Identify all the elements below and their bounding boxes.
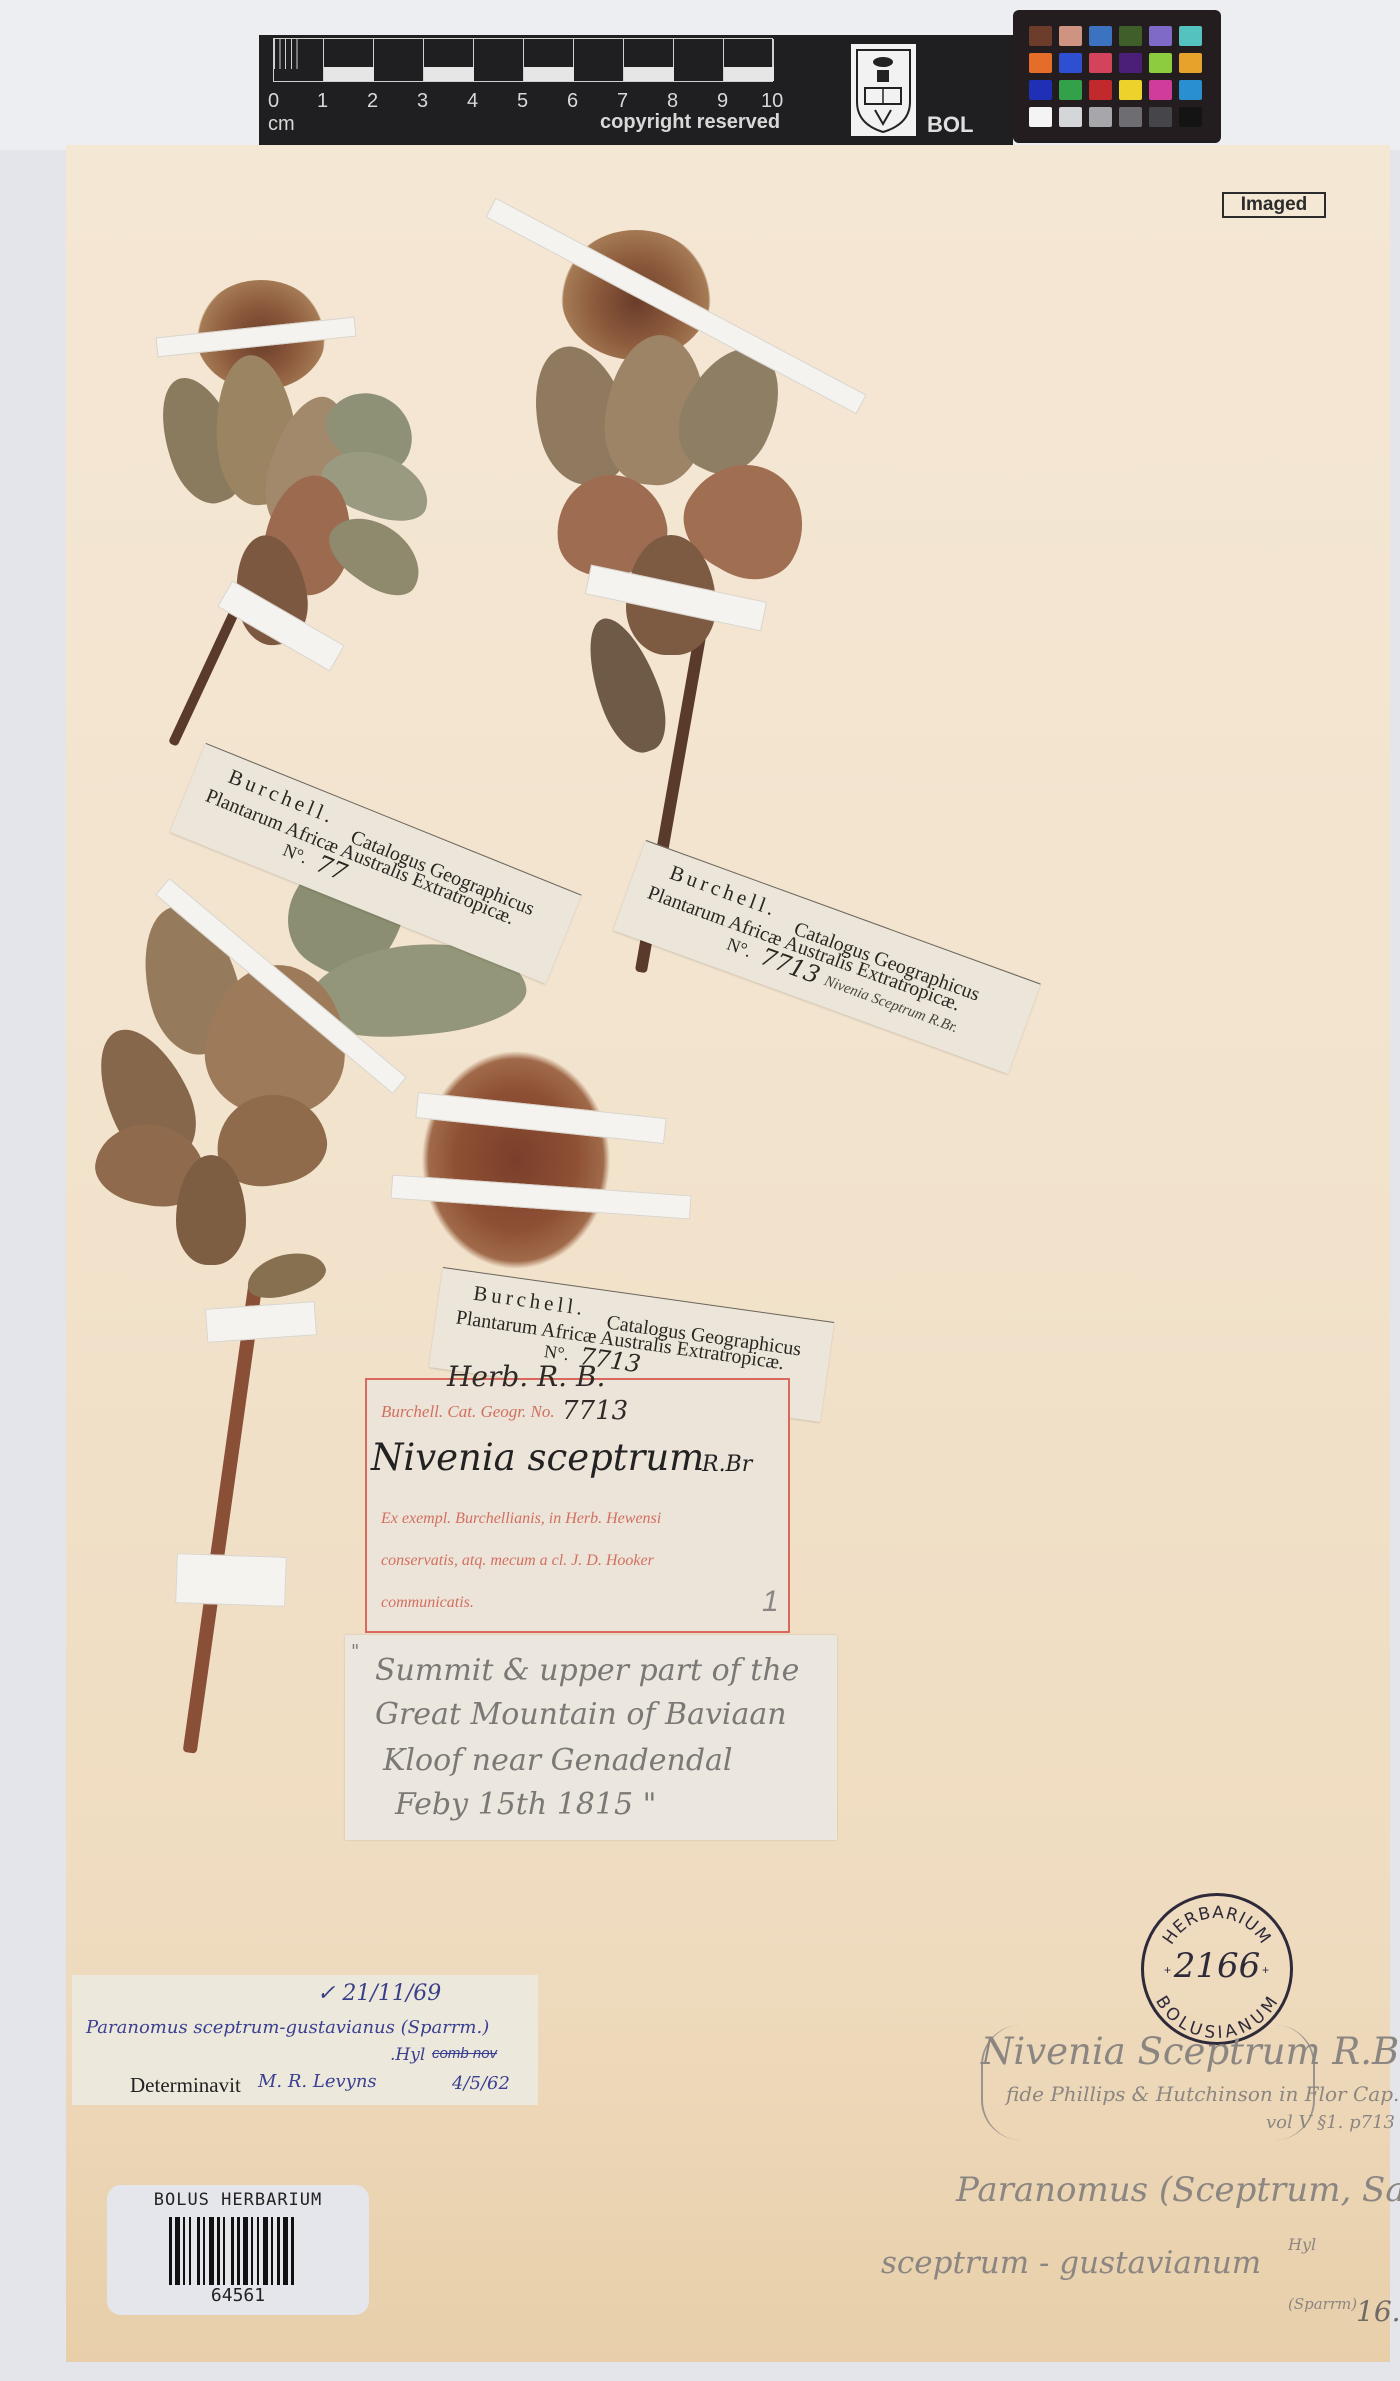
author-abbrev: .Hyl — [390, 2045, 425, 2065]
color-swatch — [1089, 53, 1112, 73]
kew-herbarium-label: Herb. R. B. Burchell. Cat. Geogr. No. 77… — [365, 1378, 790, 1633]
scale-ruler — [273, 38, 773, 82]
scale-number: 4 — [467, 90, 478, 113]
color-swatch — [1119, 107, 1142, 127]
annotation-author: Hyl — [1288, 2235, 1316, 2254]
herbarium-sheet: Imaged — [66, 145, 1390, 2362]
herbarium-stamp: HERBARIUM BOLUSIANUM + + 2166 — [1141, 1893, 1293, 2045]
determiner-name: M. R. Levyns — [258, 2071, 377, 2092]
scale-number: 7 — [617, 90, 628, 113]
color-swatch — [1119, 80, 1142, 100]
barcode-icon — [169, 2217, 317, 2285]
label-text-line: communicatis. — [381, 1594, 474, 1612]
color-swatch — [1119, 26, 1142, 46]
scale-unit: cm — [268, 113, 295, 136]
locality-line: Summit & upper part of the — [375, 1653, 799, 1688]
university-crest-icon — [851, 44, 916, 136]
color-swatch — [1029, 26, 1052, 46]
color-swatch — [1149, 26, 1172, 46]
species-author: R.Br — [702, 1452, 752, 1477]
scale-number: 9 — [717, 90, 728, 113]
locality-line: Great Mountain of Baviaan — [375, 1697, 787, 1732]
determination-date: 4/5/62 — [452, 2073, 510, 2094]
check-date: ✓ 21/11/69 — [317, 1981, 441, 2006]
color-swatch — [1119, 53, 1142, 73]
color-swatch — [1149, 53, 1172, 73]
annotation-basionym-author: (Sparrm) — [1288, 2295, 1357, 2313]
color-swatch — [1029, 107, 1052, 127]
annotation-species: Nivenia Sceptrum R.Br. — [981, 2030, 1400, 2073]
accession-number: 64561 — [107, 2285, 369, 2306]
color-swatch — [1029, 80, 1052, 100]
scale-number: 0 — [268, 90, 279, 113]
color-swatch-grid — [1029, 26, 1202, 127]
collector-label: Burchell. Catalogus Geographicus Plantar… — [613, 840, 1041, 1074]
color-swatch — [1059, 53, 1082, 73]
color-swatch — [1059, 80, 1082, 100]
annotation-genus: Paranomus (Sceptrum, Salisb.) — [956, 2170, 1400, 2210]
scale-number: 1 — [317, 90, 328, 113]
scale-number: 3 — [417, 90, 428, 113]
label-text-line: conservatis, atq. mecum a cl. J. D. Hook… — [381, 1552, 654, 1570]
color-swatch — [1149, 80, 1172, 100]
color-swatch — [1089, 26, 1112, 46]
annotation-volume: vol V §1. p713 — [1266, 2112, 1395, 2133]
color-swatch — [1149, 107, 1172, 127]
annotation-reference: fide Phillips & Hutchinson in Flor Cap. — [1006, 2082, 1399, 2106]
color-checker-card — [1013, 10, 1221, 143]
copyright-text: copyright reserved — [600, 111, 780, 134]
scale-number: 10 — [761, 90, 783, 113]
pencil-mark: 1 — [762, 1585, 779, 1619]
quote-mark: " — [351, 1641, 359, 1662]
catalogue-subtitle: Plantarum Africæ Australis Extratropicæ. — [202, 785, 518, 930]
imaged-stamp: Imaged — [1222, 192, 1326, 218]
institution-code: BOL — [927, 112, 973, 138]
struck-text: comb nov — [432, 2045, 497, 2062]
scale-bar: 0 1 2 3 4 5 6 7 8 9 10 cm copyright rese… — [259, 35, 1013, 145]
locality-line: Kloof near Genadendal — [383, 1743, 733, 1778]
scale-number: 8 — [667, 90, 678, 113]
species-name: Nivenia sceptrum — [371, 1436, 704, 1479]
catalogue-subtitle: Plantarum Africæ Australis Extratropicæ. — [644, 882, 963, 1017]
svg-text:HERBARIUM: HERBARIUM — [1159, 1903, 1275, 1948]
color-swatch — [1179, 80, 1202, 100]
scale-number: 2 — [367, 90, 378, 113]
color-swatch — [1029, 53, 1052, 73]
color-swatch — [1179, 26, 1202, 46]
color-swatch — [1179, 107, 1202, 127]
determinavit-label: Determinavit — [130, 2073, 241, 2098]
catalogue-reference: Burchell. Cat. Geogr. No. — [381, 1402, 555, 1422]
locality-label: " Summit & upper part of the Great Mount… — [345, 1635, 837, 1840]
catalogue-number: 7713 — [562, 1396, 628, 1426]
scale-number: 5 — [517, 90, 528, 113]
sheet-number: 16. — [1356, 2295, 1400, 2328]
herbarium-heading: Herb. R. B. — [447, 1360, 605, 1393]
barcode-title: BOLUS HERBARIUM — [107, 2190, 369, 2210]
annotation-epithet: sceptrum - gustavianum — [881, 2245, 1261, 2281]
collection-date: Feby 15th 1815 " — [395, 1787, 656, 1822]
determination-slip: ✓ 21/11/69 Paranomus sceptrum-gustavianu… — [72, 1975, 538, 2105]
stamp-number: 2166 — [1144, 1946, 1290, 1986]
color-swatch — [1089, 80, 1112, 100]
scale-number: 6 — [567, 90, 578, 113]
color-swatch — [1059, 107, 1082, 127]
color-swatch — [1089, 107, 1112, 127]
color-swatch — [1179, 53, 1202, 73]
label-text-line: Ex exempl. Burchellianis, in Herb. Hewen… — [381, 1510, 661, 1528]
barcode-label: BOLUS HERBARIUM 64561 — [107, 2185, 369, 2315]
color-swatch — [1059, 26, 1082, 46]
determined-name: Paranomus sceptrum-gustavianus (Sparrm.) — [86, 2017, 489, 2038]
